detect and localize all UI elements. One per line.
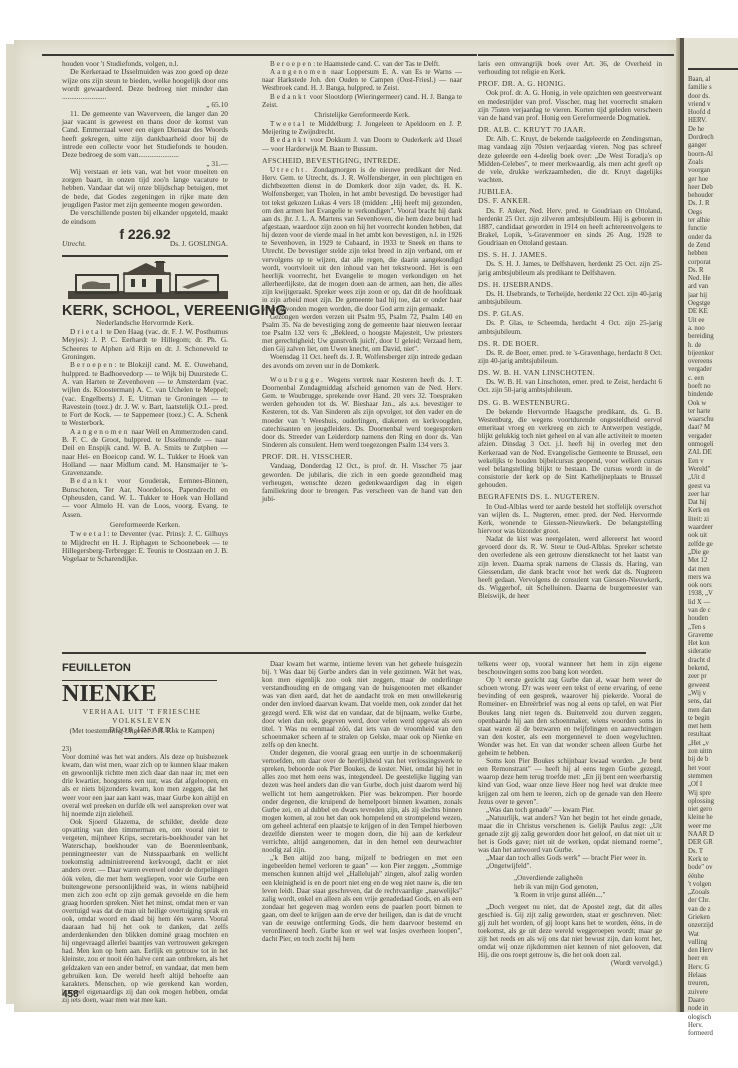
adjacent-page-line: den Herv <box>688 947 738 955</box>
adjacent-page-line: onder da <box>688 234 738 242</box>
page-number: 458 <box>62 989 79 1000</box>
adjacent-page-line: ganger <box>688 142 738 150</box>
adjacent-page-line: node in <box>688 1005 738 1013</box>
adjacent-page-line: waarschu <box>688 416 738 424</box>
paragraph: De verschillende posten bij elkander opg… <box>62 209 228 226</box>
paragraph: Ds. F. Anker, Ned. Herv. pred. te Goudri… <box>478 207 662 248</box>
adjacent-page-line: Wij spre <box>688 790 738 798</box>
paragraph: laris een omvangrijk boek over Art. 36, … <box>478 60 662 76</box>
paragraph: Aangenomen naar Well en Ammerzoden cand.… <box>62 428 228 478</box>
adjacent-page-line: liteit: zi <box>688 516 738 524</box>
adjacent-page-line: niet gero <box>688 806 738 814</box>
adjacent-page-line: Met 12 <box>688 557 738 565</box>
adjacent-page-line: bij de b <box>688 756 738 764</box>
adjacent-page-line: Het kon <box>688 640 738 648</box>
adjacent-page-line: de Zend <box>688 242 738 250</box>
top-rule <box>478 54 674 56</box>
subheading: Christelijke Gereformeerde Kerk. <box>262 111 462 119</box>
paragraph: „Ongetwijfeld". <box>478 862 662 870</box>
paragraph: Gezongen werden verzen uit Psalm 95, Psa… <box>262 313 462 354</box>
paragraph: Ook Sjoerd Glazema, de schilder, deelde … <box>62 818 228 1004</box>
paragraph: „Natuurlijk, wat anders? Van het begin t… <box>478 814 662 854</box>
adjacent-page-line: hoeft no <box>688 383 738 391</box>
adjacent-page-line: kleine he <box>688 814 738 822</box>
adjacent-page-line: Dat hij <box>688 499 738 507</box>
column-3: laris een omvangrijk boek over Art. 36, … <box>478 60 662 600</box>
adjacent-page-line: De he <box>688 126 738 134</box>
column-1: houden voor 't Studiefonds, volgen, n.l.… <box>62 60 228 563</box>
adjacent-page-line: treuren, <box>688 980 738 988</box>
adjacent-page-line: Daaro <box>688 997 738 1005</box>
adjacent-page-line: der Chr. <box>688 897 738 905</box>
adjacent-page-line: DER GR <box>688 839 738 847</box>
adjacent-page-line: „Het „v <box>688 740 738 748</box>
paragraph: Drietal te Den Haag (vac. dr. F. J. W. P… <box>62 328 228 361</box>
article-heading: AFSCHEID, BEVESTIGING, INTREDE. <box>262 157 462 165</box>
lead-word: Utrecht. <box>270 166 309 174</box>
adjacent-page-line: formeerd <box>688 1030 738 1038</box>
adjacent-page-line: zeer har <box>688 491 738 499</box>
adjacent-page-line: Wereld" <box>688 466 738 474</box>
paragraph: „'k Ben altijd zoo bang, mijzelf te bedr… <box>262 854 462 943</box>
adjacent-page-line: a. noo <box>688 325 738 333</box>
paragraph: Bedankt voor Gouderak, Eemnes-Binnen, Bu… <box>62 477 228 518</box>
lead-word: Aangenomen <box>270 68 328 76</box>
adjacent-page-line: met hem <box>688 723 738 731</box>
adjacent-page-line: Een v <box>688 458 738 466</box>
article-heading: PROF. DR. A. G. HONIG. <box>478 80 662 88</box>
adjacent-page-line: NAAR D <box>688 831 738 839</box>
subtitle-line: VERHAAL UIT 'T FRIESCHE VOLKSLEVEN <box>62 708 222 726</box>
adjacent-page-line: onmogeli <box>688 441 738 449</box>
adjacent-page-line: onzerzijd <box>688 922 738 930</box>
permission-note: (Met toestemming Uitgever J. H. Kok te K… <box>62 727 222 735</box>
adjacent-page-line: sideratie <box>688 648 738 656</box>
paragraph-text: : te Blokzijl cand. M. E. Ouwehand, hulp… <box>62 360 228 427</box>
feuilleton-column-3: telkens weer op, vooral wanneer het hem … <box>478 660 662 967</box>
adjacent-page-line: Wat <box>688 931 738 939</box>
adjacent-page-line: het voor <box>688 765 738 773</box>
verse-line: heb ik van mijn God genoten, <box>478 883 662 891</box>
adjacent-page-line: van de z <box>688 906 738 914</box>
paragraph: In Oud-Alblas werd ter aarde besteld het… <box>478 503 662 536</box>
paragraph: Tweetal: te Deventer (vac. Prins): J. C.… <box>62 530 228 563</box>
adjacent-page-line: bijeenkor <box>688 350 738 358</box>
adjacent-page-line: dracht d <box>688 657 738 665</box>
adjacent-page-line: vriend v <box>688 101 738 109</box>
adjacent-page-line: Ook w <box>688 400 738 408</box>
lead-word: Tweetal <box>270 120 306 128</box>
adjacent-page-line: dat men <box>688 566 738 574</box>
adjacent-page-line: ook uit <box>688 532 738 540</box>
paragraph: Dr. Alb. C. Kruyt, de bekende taalgeleer… <box>478 135 662 184</box>
adjacent-page-line: Dordrech <box>688 134 738 142</box>
paragraph: De Kerkeraad te IJsselmuiden was zoo goe… <box>62 68 228 101</box>
paragraph: Aangenomen naar Loppersum E. A. van Es t… <box>262 68 462 92</box>
adjacent-page-text: Baan, alfamilie sdoor ds.vriend vHoofd d… <box>688 76 738 1038</box>
adjacent-page-line: resultaat <box>688 731 738 739</box>
adjacent-page-line: „Wij v <box>688 690 738 698</box>
paragraph: Beroepen: te Blokzijl cand. M. E. Ouweha… <box>62 361 228 427</box>
adjacent-page-line: ter alhie <box>688 217 738 225</box>
article-heading: Ds. R. DE BOER. <box>478 340 662 348</box>
adjacent-page-line: zelfde ge <box>688 541 738 549</box>
paragraph: Tweetal te Middelburg: J. Jongeleen te A… <box>262 120 462 136</box>
to-be-continued: (Wordt vervolgd.) <box>478 959 662 967</box>
article-heading: Ds. S. H. J. JAMES. <box>478 251 662 259</box>
adjacent-page-line: weer me <box>688 823 738 831</box>
paragraph-text: Wegens vertrek naar Kesteren heeft ds. J… <box>262 376 462 449</box>
adjacent-page-line: HERV. <box>688 117 738 125</box>
adjacent-page-rule <box>688 68 738 70</box>
adjacent-page-line: men dan <box>688 707 738 715</box>
adjacent-page-line: vulling <box>688 939 738 947</box>
adjacent-page-line: bekend, <box>688 665 738 673</box>
article-heading: Ds. G. B. WESTENBURG. <box>478 399 662 407</box>
adjacent-page-line: geest va <box>688 483 738 491</box>
adjacent-page-line: Ds. R <box>688 267 738 275</box>
lead-word: Bedankt <box>270 136 308 144</box>
adjacent-page-line: heer en <box>688 955 738 963</box>
adjacent-page-line: h. de <box>688 342 738 350</box>
adjacent-page-line: Ds. J. R <box>688 200 738 208</box>
article-heading: DR. ALB. C. KRUYT 70 JAAR. <box>478 126 662 134</box>
lead-word: Woubrugge. <box>270 376 325 384</box>
article-heading: JUBILEA. <box>478 188 662 196</box>
signature-place: Utrecht. <box>62 240 86 248</box>
adjacent-page-line: Ned. He <box>688 275 738 283</box>
paragraph: Woubrugge. Wegens vertrek naar Kesteren … <box>262 376 462 449</box>
church-hands-icon <box>68 261 228 307</box>
paragraph: „Maar dan toch alles Gods werk" — bracht… <box>478 854 662 862</box>
adjacent-page-line: Oegstge <box>688 300 738 308</box>
adjacent-page-line: ger hoe <box>688 176 738 184</box>
adjacent-page-line: lid X — <box>688 599 738 607</box>
adjacent-page-line: door ds. <box>688 93 738 101</box>
feuilleton-rule <box>62 652 646 654</box>
paragraph: Wij verstaan er iets van, wat het voor m… <box>62 168 228 209</box>
paragraph-text: naar Well en Ammerzoden cand. B. F. C. d… <box>62 427 228 477</box>
adjacent-page-line: Helaas <box>688 972 738 980</box>
column-2: Beroepen: te Haamstede cand. C. van der … <box>262 60 462 503</box>
paragraph: Bedankt voor Dokkum J. van Doorn te Oude… <box>262 136 462 152</box>
paragraph: Onder degenen, die vooral graag een uurt… <box>262 749 462 854</box>
adjacent-page-line: „Ten s <box>688 624 738 632</box>
adjacent-page-line: ter harte <box>688 408 738 416</box>
adjacent-page-line: familie s <box>688 84 738 92</box>
adjacent-page-line: Herv. <box>688 1022 738 1030</box>
paragraph: Beroepen: te Haamstede cand. C. van der … <box>262 60 462 68</box>
adjacent-page-line: ard van <box>688 283 738 291</box>
adjacent-page-line: behouder <box>688 192 738 200</box>
lead-word: Beroepen <box>270 60 313 68</box>
verse-line: „Onverdiende zaligheên <box>478 874 662 882</box>
adjacent-page-line: voorgan <box>688 167 738 175</box>
adjacent-page-line: bindende <box>688 391 738 399</box>
adjacent-page-line: sens, dat <box>688 698 738 706</box>
adjacent-page-line: oplossing <box>688 798 738 806</box>
subheading: Nederlandsche Hervormde Kerk. <box>62 319 228 327</box>
adjacent-page-line: Ds. T <box>688 848 738 856</box>
adjacent-page-line: éénhe <box>688 873 738 881</box>
adjacent-page-line: „Uit d <box>688 474 738 482</box>
lead-word: Bedankt <box>270 93 308 101</box>
article-heading: BEGRAFENIS Ds. L. NUGTEREN. <box>478 493 662 501</box>
adjacent-page-line: hebben <box>688 250 738 258</box>
paragraph-text: Zondagmorgen is de nieuwe predikant der … <box>262 166 462 313</box>
adjacent-page-line: bereiding <box>688 333 738 341</box>
adjacent-page-line: Oegs <box>688 209 738 217</box>
signature-name: Ds. J. GOSLINGA. <box>170 240 228 248</box>
paragraph: Soms kon Pier Boukes schijnbaar kwaad wo… <box>478 757 662 806</box>
paragraph: Vandaag, Donderdag 12 Oct., is prof. dr.… <box>262 462 462 503</box>
adjacent-page-line: zeer pr <box>688 673 738 681</box>
paragraph: Utrecht. Zondagmorgen is de nieuwe predi… <box>262 166 462 313</box>
adjacent-page-line: ook oors <box>688 582 738 590</box>
paragraph: Ook prof. dr. A. G. Honig, in vele opzic… <box>478 89 662 122</box>
adjacent-page-line: bode" ov <box>688 864 738 872</box>
paragraph: Ds. R. de Boer, emer. pred. te 's-Graven… <box>478 349 662 365</box>
paragraph: Voor dominé was het wat anders. Als deze… <box>62 753 228 818</box>
adjacent-page-line: Uit ee <box>688 317 738 325</box>
adjacent-page-line: zon uitm <box>688 748 738 756</box>
short-rule <box>124 738 154 739</box>
adjacent-page-line: Herv. G <box>688 964 738 972</box>
adjacent-page-line: Grieken <box>688 914 738 922</box>
adjacent-page-line: „Of I <box>688 781 738 789</box>
adjacent-page-line: „Zooals <box>688 889 738 897</box>
article-heading: PROF. DR. H. VISSCHER. <box>262 453 462 461</box>
adjacent-page-line: jaar hij <box>688 292 738 300</box>
adjacent-page-line: corporat <box>688 259 738 267</box>
article-heading: Ds. F. ANKER. <box>478 197 662 205</box>
adjacent-page-line: Kerk te <box>688 856 738 864</box>
paragraph-text: : te Haamstede cand. C. van der Tas te D… <box>313 60 440 68</box>
article-heading: Ds. H. IJSEBRANDS. <box>478 281 662 289</box>
paragraph: telkens weer op, vooral wanneer het hem … <box>478 660 662 676</box>
section-rule <box>62 255 228 257</box>
adjacent-page-line: daat? M <box>688 424 738 432</box>
adjacent-page-line: c. een <box>688 375 738 383</box>
feuilleton-column-1: 23) Voor dominé was het wat anders. Als … <box>62 745 228 1004</box>
section-title: KERK, SCHOOL, VEREENIGING <box>62 307 228 315</box>
subheading: Gereformeerde Kerken. <box>62 521 228 529</box>
adjacent-page-line: ZAL DE <box>688 449 738 457</box>
paragraph: Ds. W. B. H. van Linschoten, emer. pred.… <box>478 378 662 394</box>
adjacent-page-line: Graveme <box>688 632 738 640</box>
adjacent-page-line: ologisch <box>688 1014 738 1022</box>
adjacent-page-line: DE KE <box>688 308 738 316</box>
story-title: NIENKE <box>62 681 157 708</box>
adjacent-page-line: 't volgen <box>688 881 738 889</box>
adjacent-page-line: hoorn-Al <box>688 151 738 159</box>
adjacent-page-line: overeens <box>688 358 738 366</box>
adjacent-page-line: vergader <box>688 433 738 441</box>
adjacent-page-line: stemmen <box>688 773 738 781</box>
adjacent-page-line: geweest <box>688 682 738 690</box>
paragraph: Nadat de kist was neergelaten, werd alle… <box>478 535 662 600</box>
adjacent-page-line: Kerk en <box>688 507 738 515</box>
adjacent-page-line: Zoals <box>688 159 738 167</box>
kerk-banner-illustration <box>62 261 228 307</box>
paragraph: „Doch vergeet nu niet, dat de Apostel ze… <box>478 903 662 960</box>
paragraph: Ds. S. H. J. James, te Delfshaven, herde… <box>478 260 662 276</box>
paragraph: 11. De gemeente van Waverveen, die lange… <box>62 110 228 160</box>
paragraph: Bedankt voor Slootdorp (Wieringermeer) c… <box>262 93 462 109</box>
adjacent-page-line: heer Deb <box>688 184 738 192</box>
adjacent-page-line: van de c <box>688 607 738 615</box>
adjacent-page-line: Hoofd d <box>688 109 738 117</box>
paragraph: „Was dan toch genade" — kwam Pier. <box>478 806 662 814</box>
adjacent-page-line: 1938, „V <box>688 590 738 598</box>
adjacent-page-line: mers wa <box>688 574 738 582</box>
adjacent-page-line: Baan, al <box>688 76 738 84</box>
installment-number: 23) <box>62 745 228 753</box>
paragraph: Ds. H. IJsebrands, te Terheijde, herdenk… <box>478 290 662 306</box>
feuilleton-label: FEUILLETON <box>62 662 131 674</box>
paragraph: Daar kwam het warme, intieme leven van h… <box>262 660 462 749</box>
total-amount: f 226.92 <box>62 230 228 238</box>
paragraph-text: De Kerkeraad te IJsselmuiden was zoo goe… <box>62 67 228 101</box>
adjacent-page-line: te begin <box>688 715 738 723</box>
adjacent-page-line: waardeer <box>688 524 738 532</box>
adjacent-page-line: vergader <box>688 366 738 374</box>
article-heading: Ds. P. GLAS. <box>478 310 662 318</box>
adjacent-page-line: zuivere <box>688 989 738 997</box>
adjacent-page-line: „Die ge <box>688 549 738 557</box>
verse-line: 'k Roem in vrije gunst alléén...." <box>478 891 662 899</box>
paragraph: Woensdag 11 Oct. heeft ds. J. R. Wolfens… <box>262 353 462 369</box>
feuilleton-column-2: Daar kwam het warme, intieme leven van h… <box>262 660 462 943</box>
adjacent-page-line: houden <box>688 615 738 623</box>
adjacent-page-line: functie <box>688 225 738 233</box>
top-rule <box>247 54 477 56</box>
paragraph: Ds. P. Glas, te Scheemda, herdacht 4 Oct… <box>478 319 662 335</box>
article-heading: Ds. W. B. H. VAN LINSCHOTEN. <box>478 369 662 377</box>
paragraph: De bekende Hervormde Haagsche predikant,… <box>478 408 662 490</box>
paragraph: Op 't eerste gezicht zag Gurbe dan al, w… <box>478 676 662 757</box>
